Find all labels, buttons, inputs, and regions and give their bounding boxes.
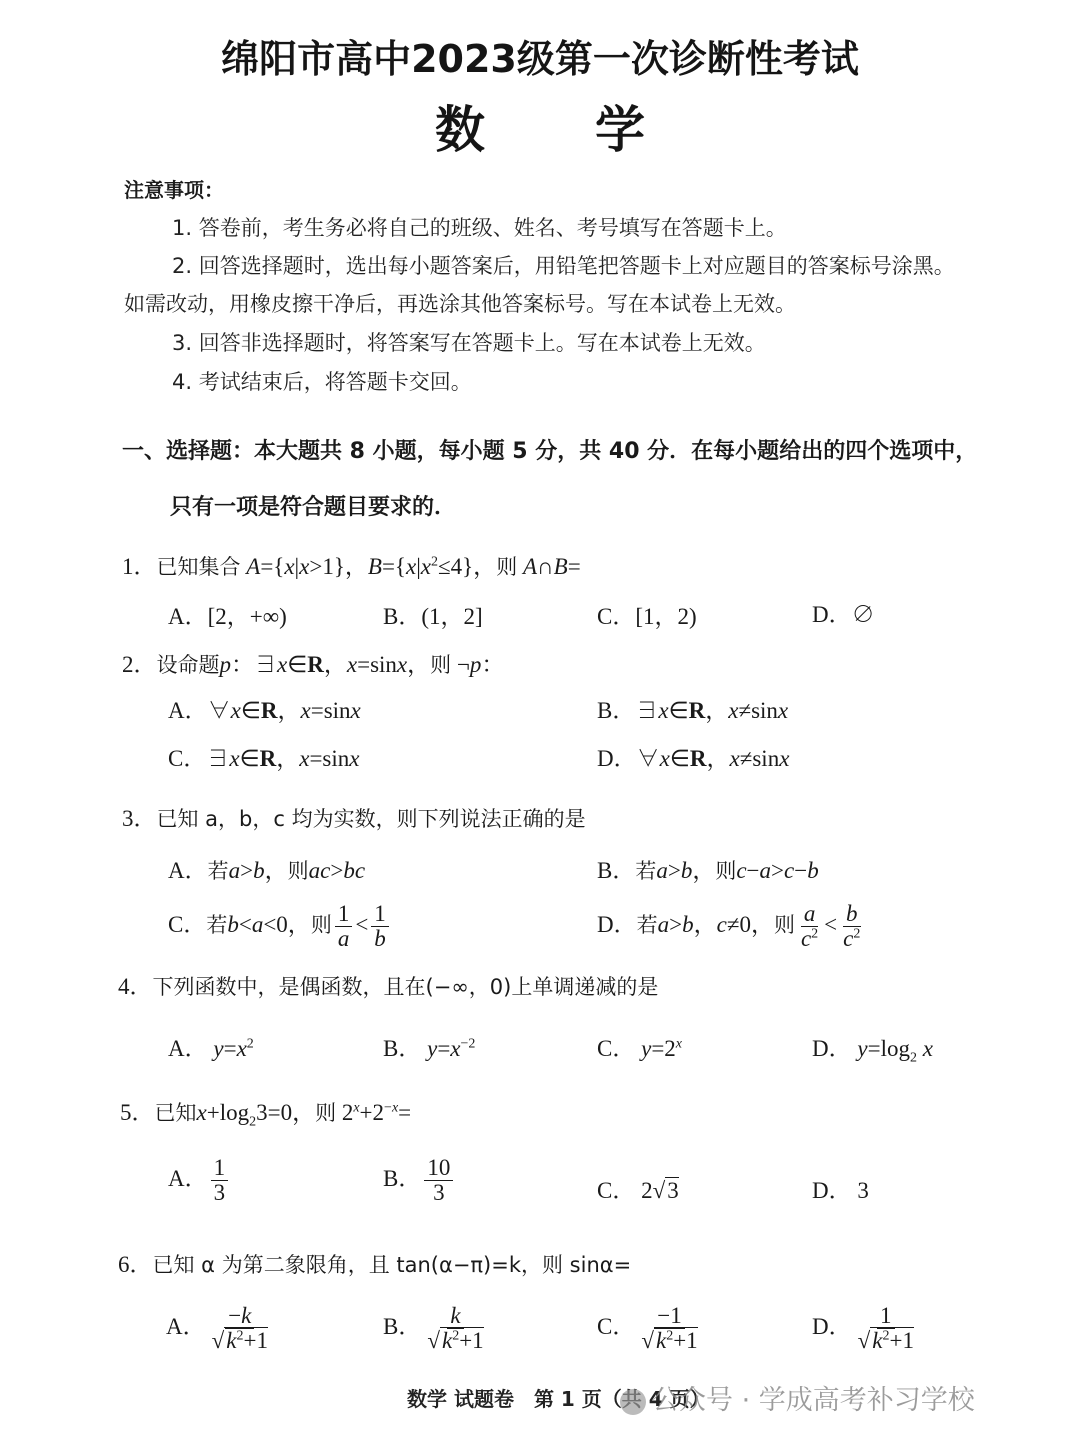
q1-option-c: C．[1，2) (597, 598, 697, 631)
question-number: 4． (118, 974, 153, 999)
question-4: 4．下列函数中，是偶函数，且在(−∞，0)上单调递减的是 (118, 968, 658, 1001)
q5-option-c: C． 2√3 (597, 1172, 679, 1205)
q6-option-c: C．−1√k2+1 (597, 1304, 704, 1353)
q5-option-b: B．103 (383, 1156, 456, 1205)
question-2: 2．设命题p：∃x∈R，x=sinx，则 ¬p： (122, 646, 504, 679)
q4-option-a: A． y=x2 (168, 1030, 254, 1063)
notice-heading: 注意事项： (124, 174, 224, 203)
q6-option-b: B．k√k2+1 (383, 1304, 490, 1353)
section-heading-line-2: 只有一项是符合题目要求的． (170, 490, 456, 521)
question-3: 3．已知 a，b，c 均为实数，则下列说法正确的是 (122, 800, 586, 833)
question-number: 5． (120, 1100, 155, 1125)
question-1: 1．已知集合 A={x|x>1}，B={x|x2≤4}，则 A∩B= (122, 548, 581, 581)
watermark: 公众号 · 学成高考补习学校 (620, 1378, 975, 1417)
q2-option-d: D．∀x∈R，x≠sinx (597, 740, 789, 773)
notice-item-1: 1. 答卷前，考生务必将自己的班级、姓名、考号填写在答题卡上。 (172, 212, 787, 242)
notice-item-4: 4. 考试结束后，将答题卡交回。 (172, 366, 472, 396)
subject-char-1: 数 (435, 101, 485, 159)
question-number: 6． (118, 1252, 153, 1277)
q4-option-b: B． y=x−2 (383, 1030, 475, 1063)
q5-option-a: A．13 (168, 1156, 231, 1205)
question-stem-text: 已知 (155, 1101, 197, 1125)
question-5: 5．已知x+log23=0，则 2x+2−x= (120, 1094, 411, 1131)
question-number: 2． (122, 652, 157, 677)
q2-option-a: A．∀x∈R，x=sinx (168, 692, 361, 725)
question-number: 3． (122, 806, 157, 831)
question-number: 1． (122, 554, 157, 579)
notice-item-2-cont: 如需改动，用橡皮擦干净后，再选涂其他答案标号。写在本试卷上无效。 (124, 288, 796, 318)
q2-option-c: C．∃x∈R，x=sinx (168, 740, 359, 773)
question-stem-text: 下列函数中，是偶函数，且在(−∞，0)上单调递减的是 (153, 975, 659, 999)
q3-option-c: C．若b<a<0，则1a<1b (168, 902, 392, 951)
q3-option-a: A．若a>b，则ac>bc (168, 852, 365, 885)
q1-option-b: B．(1，2] (383, 598, 483, 631)
question-stem-text: 已知 a，b，c 均为实数，则下列说法正确的是 (157, 807, 586, 831)
exam-title: 绵阳市高中2023级第一次诊断性考试 (0, 28, 1080, 83)
q1-option-a: A．[2，+∞) (168, 598, 287, 631)
question-stem-text: 已知 α 为第二象限角，且 tan(α−π)=k，则 sinα= (153, 1253, 632, 1277)
notice-item-2: 2. 回答选择题时，选出每小题答案后，用铅笔把答题卡上对应题目的答案标号涂黑。 (172, 250, 955, 280)
watermark-text: 公众号 · 学成高考补习学校 (652, 1385, 975, 1416)
question-stem-text: 已知集合 (157, 555, 241, 579)
notice-item-3: 3. 回答非选择题时，将答案写在答题卡上。写在本试卷上无效。 (172, 327, 766, 357)
q5-option-d: D． 3 (812, 1172, 869, 1205)
section-heading-line-1: 一、选择题：本大题共 8 小题，每小题 5 分，共 40 分．在每小题给出的四个… (122, 434, 977, 465)
q4-option-c: C． y=2x (597, 1030, 682, 1063)
q1-option-d: D．∅ (812, 596, 875, 629)
question-6: 6．已知 α 为第二象限角，且 tan(α−π)=k，则 sinα= (118, 1246, 631, 1279)
question-stem-text: 设命题 (157, 653, 220, 677)
subject-char-2: 学 (595, 101, 645, 159)
q4-option-d: D． y=log2 x (812, 1030, 933, 1067)
subject-title: 数学 (0, 90, 1080, 162)
q3-option-b: B．若a>b，则c−a>c−b (597, 852, 819, 885)
q6-option-a: A．−k√k2+1 (166, 1304, 274, 1353)
q3-option-d: D．若a>b，c≠0，则ac2<bc2 (597, 902, 866, 951)
q6-option-d: D．1√k2+1 (812, 1304, 920, 1353)
wechat-icon (620, 1389, 646, 1415)
q2-option-b: B．∃x∈R，x≠sinx (597, 692, 788, 725)
